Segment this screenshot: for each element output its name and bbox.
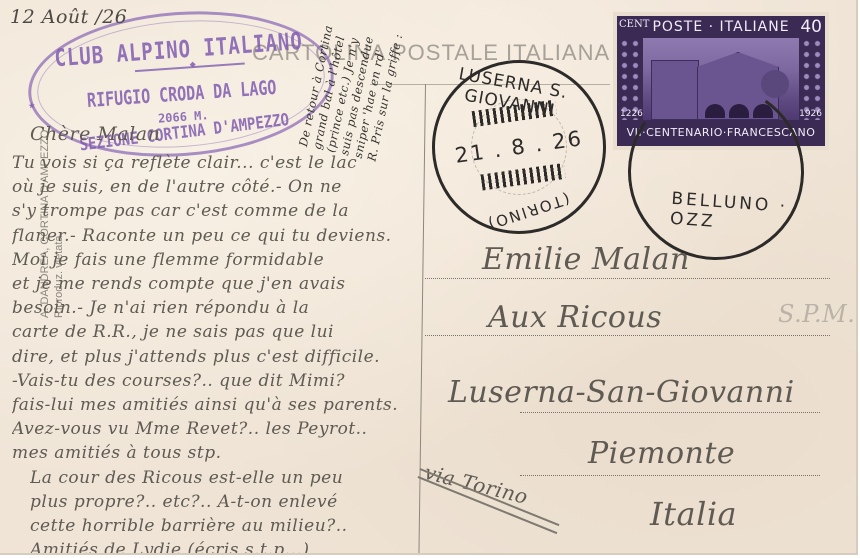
message-line: Tu vois si ça reflète clair... c'est le … [12,153,357,173]
address-line4: Piemonte [588,436,735,471]
address-line-rule [425,278,830,279]
stamp-ornament-left [619,38,641,120]
message-line: -Vais-tu des courses?.. que dit Mimi? [12,371,345,391]
message-line: La cour des Ricous est-elle un peu [30,468,343,488]
message-line: mes amitiés à tous stp. [12,443,221,463]
message-line: Moi je fais une flemme formidable [12,250,324,270]
stamp-top-text: POSTE · ITALIANE [645,18,797,36]
postmark-luserna: LUSERNA S. GIOVANNI 21 . 8 . 26 (TORINO) [421,49,618,246]
message-salutation: Chère Malan [30,123,160,145]
postmark-bars [480,163,565,191]
message-line: où je suis, en de l'autre côté.- On ne [12,177,342,197]
message-line: cette horrible barrière au milieu?.. [30,516,348,536]
stamp-ornament-right [801,38,823,120]
stamp-year-left: 1226 [620,109,643,119]
address-line3: Luserna-San-Giovanni [448,375,795,410]
tree-icon [761,70,789,98]
address-line2: Aux Ricous [488,300,662,335]
pencil-mark: S.P.M. [778,300,855,328]
date-note: 12 Août /26 [10,6,127,28]
message-line: carte de R.R., je ne sais pas que lui [12,322,334,342]
message-line: fais-lui mes amitiés ainsi qu'à ses pare… [12,395,398,415]
address-line-rule [520,475,820,476]
address-line-rule [425,335,830,336]
message-line: besoin.- Je n'ai rien répondu à la [12,298,309,318]
stamp-value: 40 [800,17,822,37]
postcard-back: CARTOLINA POSTALE ITALIANA A. DANDREA, C… [0,0,858,555]
message-line: s'y trompe pas car c'est comme de la [12,201,349,221]
message-line: dire, et plus j'attends plus c'est diffi… [12,347,380,367]
message-line: plus propre?.. etc?.. A-t-on enlevé [30,492,338,512]
address-line5: Italia [650,495,737,533]
postmark-bottom-text: (TORINO) [445,177,610,246]
address-line-rule [520,412,820,413]
postmark-date: 21 . 8 . 26 [434,123,604,170]
message-line: et je me rends compte que j'en avais [12,274,346,294]
message-line: Avez-vous vu Mme Revet?.. les Peyrot.. [12,419,367,439]
postmark-belluno-text: BELLUNO · OZZ [669,189,809,239]
message-line: Amitiés de Lydie (écris s.t.p...) [30,540,310,555]
stamp-year-right: 1926 [799,109,822,119]
address-name: Emilie Malan [482,242,690,277]
message-line: flaner.- Raconte un peu ce qui tu devien… [12,226,392,246]
